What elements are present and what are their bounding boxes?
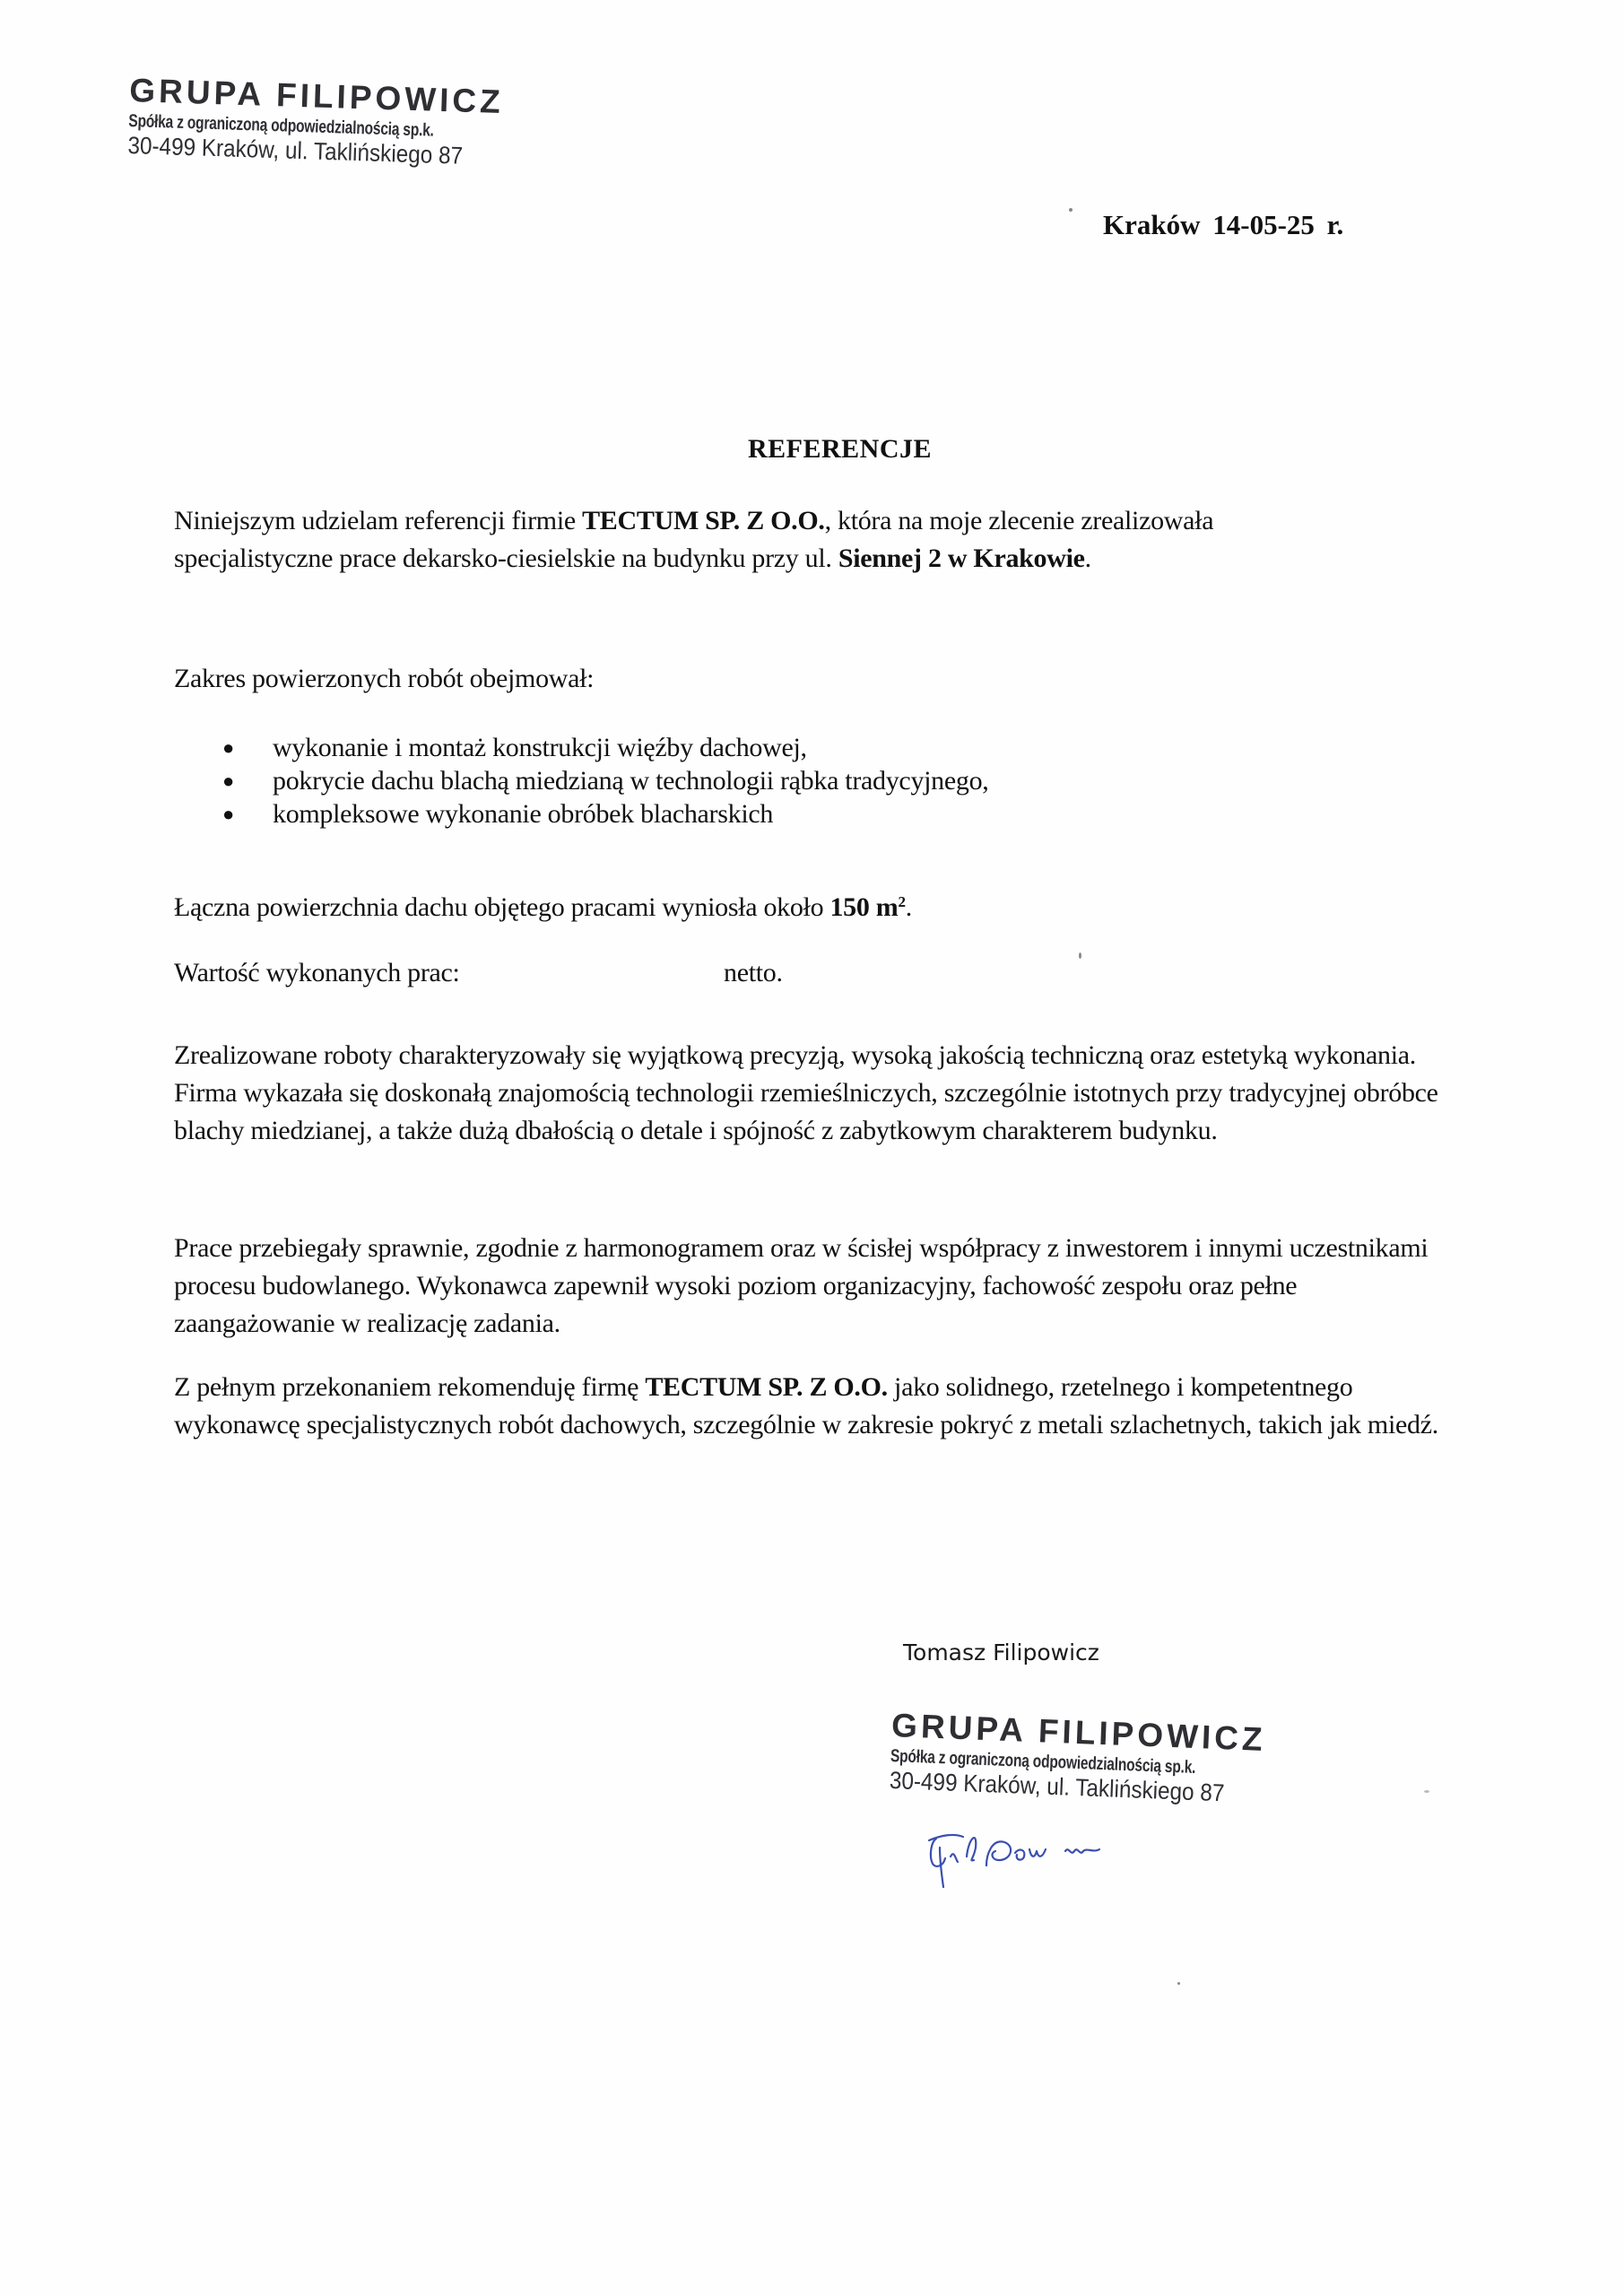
- area-unit-superscript: 2: [898, 893, 905, 910]
- quality-paragraph: Zrealizowane roboty charakteryzowały się…: [174, 1037, 1456, 1150]
- bullet-icon: ●: [222, 731, 234, 764]
- area-text: Łączna powierzchnia dachu objętego praca…: [174, 892, 829, 922]
- date-line: Kraków 14-05-25 r.: [1103, 209, 1343, 241]
- scope-list-item: ●kompleksowe wykonanie obróbek blacharsk…: [219, 797, 989, 831]
- signature-stamp: GRUPA FILIPOWICZ Spółka z ograniczoną od…: [889, 1709, 1283, 1808]
- value-label: Wartość wykonanych prac:: [174, 958, 460, 987]
- intro-company-name: TECTUM SP. Z O.O.: [582, 506, 825, 535]
- intro-location: Siennej 2 w Krakowie: [838, 544, 1085, 573]
- scan-speck: [1069, 208, 1073, 212]
- intro-paragraph: Niniejszym udzielam referencji firmie TE…: [174, 502, 1304, 578]
- document-page: GRUPA FILIPOWICZ Spółka z ograniczoną od…: [0, 0, 1624, 2296]
- scope-list-item: ●wykonanie i montaż konstrukcji więźby d…: [219, 731, 989, 764]
- handwritten-signature-icon: [924, 1821, 1175, 1892]
- document-title: REFERENCJE: [0, 434, 1624, 465]
- scan-speck: [1079, 952, 1081, 959]
- scan-speck: [1177, 1982, 1180, 1985]
- process-paragraph: Prace przebiegały sprawnie, zgodnie z ha…: [174, 1230, 1456, 1343]
- area-paragraph: Łączna powierzchnia dachu objętego praca…: [174, 883, 1456, 926]
- area-value: 150 m: [829, 892, 898, 922]
- area-end: .: [906, 892, 912, 922]
- scope-list-item: ●pokrycie dachu blachą miedzianą w techn…: [219, 764, 989, 797]
- recommendation-paragraph: Z pełnym przekonaniem rekomenduję firmę …: [174, 1369, 1456, 1444]
- scan-speck: [1424, 1790, 1429, 1793]
- letterhead-stamp: GRUPA FILIPOWICZ Spółka z ograniczoną od…: [127, 74, 521, 170]
- scope-item-text: wykonanie i montaż konstrukcji więźby da…: [273, 733, 807, 762]
- value-line: Wartość wykonanych prac:netto.: [174, 954, 1456, 992]
- bullet-icon: ●: [222, 764, 234, 797]
- scope-heading: Zakres powierzonych robót obejmował:: [174, 660, 1456, 698]
- value-suffix: netto.: [724, 954, 783, 992]
- scope-item-text: pokrycie dachu blachą miedzianą w techno…: [273, 766, 989, 796]
- intro-text-3: .: [1085, 544, 1091, 573]
- signer-name: Tomasz Filipowicz: [903, 1639, 1099, 1665]
- scope-list: ●wykonanie i montaż konstrukcji więźby d…: [219, 731, 989, 831]
- intro-text-1: Niniejszym udzielam referencji firmie: [174, 506, 582, 535]
- recommendation-text-1: Z pełnym przekonaniem rekomenduję firmę: [174, 1372, 645, 1402]
- scope-item-text: kompleksowe wykonanie obróbek blacharski…: [273, 799, 773, 829]
- bullet-icon: ●: [222, 797, 234, 831]
- recommendation-company-name: TECTUM SP. Z O.O.: [645, 1372, 888, 1402]
